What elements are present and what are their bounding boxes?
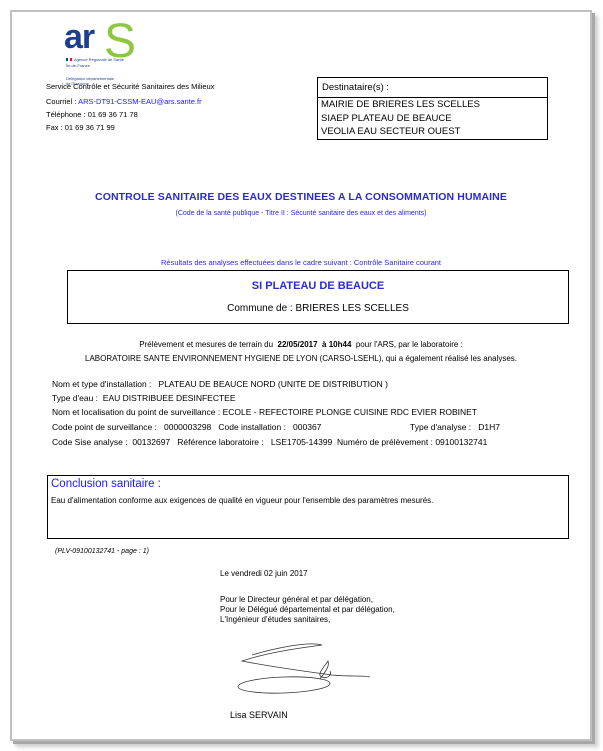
- service-name: Service Contrôle et Sécurité Sanitaires …: [46, 82, 214, 91]
- install-code-label: Code installation :: [218, 422, 286, 432]
- sampling-date: 22/05/2017: [278, 340, 318, 349]
- commune: Commune de : BRIERES LES SCELLES: [68, 303, 568, 314]
- installation-label: Nom et type d'installation :: [52, 379, 151, 389]
- surveillance-point-label: Nom et localisation du point de surveill…: [52, 407, 220, 417]
- sampling-outro: pour l'ARS, par le laboratoire :: [356, 340, 463, 349]
- lab-ref-label: Référence laboratoire :: [177, 437, 263, 447]
- install-code-value: 000367: [293, 422, 321, 432]
- phone: Téléphone : 01 69 36 71 78: [46, 110, 138, 119]
- water-type-label: Type d'eau :: [52, 393, 98, 403]
- handwritten-signature: [212, 637, 372, 697]
- email-label: Courriel :: [46, 97, 78, 106]
- sise-label: Code Sise analyse :: [52, 437, 128, 447]
- email-link[interactable]: ARS-DT91-CSSM-EAU@ars.sante.fr: [78, 97, 201, 106]
- signatory-name: Lisa SERVAIN: [230, 710, 288, 720]
- recipient-item: VEOLIA EAU SECTEUR OUEST: [318, 125, 547, 139]
- sampling-line: Prélèvement et mesures de terrain du 22/…: [12, 340, 590, 349]
- conclusion-title: Conclusion sanitaire :: [51, 478, 161, 490]
- fax: Fax : 01 69 36 71 99: [46, 123, 115, 132]
- logo-agency-line2: Île-de-France: [66, 63, 90, 68]
- installation-row: Nom et type d'installation : PLATEAU DE …: [52, 379, 388, 389]
- document-page: ar S Agence Régionale de Santé Île-de-Fr…: [10, 10, 592, 741]
- codes-row: Code point de surveillance : 0000003298 …: [52, 422, 321, 432]
- signatory-role: L'Ingénieur d'études sanitaires,: [220, 615, 330, 625]
- analysis-type-label: Type d'analyse :: [410, 422, 471, 432]
- laboratory-line: LABORATOIRE SANTE ENVIRONNEMENT HYGIENE …: [12, 354, 590, 363]
- document-title: CONTROLE SANITAIRE DES EAUX DESTINEES A …: [12, 191, 590, 203]
- entity-name: SI PLATEAU DE BEAUCE: [68, 280, 568, 292]
- water-type-row: Type d'eau : EAU DISTRIBUEE DESINFECTEE: [52, 393, 236, 403]
- references-row: Code Sise analyse : 00132697 Référence l…: [52, 437, 487, 447]
- analysis-type-row: Type d'analyse : D1H7: [410, 422, 500, 432]
- sample-number-value: 09100132741: [435, 437, 487, 447]
- analysis-context: Résultats des analyses effectuées dans l…: [12, 258, 590, 267]
- delegation-2: Pour le Délégué départemental et par dél…: [220, 605, 395, 615]
- recipients-box: Destinataire(s) : MAIRIE DE BRIERES LES …: [317, 77, 548, 140]
- recipient-item: SIAEP PLATEAU DE BEAUCE: [318, 112, 547, 126]
- recipient-item: MAIRIE DE BRIERES LES SCELLES: [318, 98, 547, 112]
- delegation-1: Pour le Directeur général et par délégat…: [220, 595, 373, 605]
- logo-brand-left: ar: [64, 18, 94, 57]
- entity-box: SI PLATEAU DE BEAUCE Commune de : BRIERE…: [67, 270, 569, 324]
- recipients-label: Destinataire(s) :: [318, 78, 547, 98]
- sampling-intro: Prélèvement et mesures de terrain du: [139, 340, 273, 349]
- analysis-type-value: D1H7: [478, 422, 500, 432]
- logo-agency-line1: Agence Régionale de Santé: [74, 57, 124, 62]
- document-subtitle: (Code de la santé publique - Titre II : …: [12, 210, 590, 217]
- page-reference: (PLV-09100132741 - page : 1): [55, 548, 149, 555]
- email-line: Courriel : ARS-DT91-CSSM-EAU@ars.sante.f…: [46, 97, 202, 106]
- installation-value: PLATEAU DE BEAUCE NORD (UNITE DE DISTRIB…: [159, 379, 388, 389]
- conclusion-text: Eau d'alimentation conforme aux exigence…: [51, 496, 433, 505]
- french-flag-icon: [66, 58, 72, 61]
- water-type-value: EAU DISTRIBUEE DESINFECTEE: [103, 393, 236, 403]
- sample-number-label: Numéro de prélèvement :: [337, 437, 433, 447]
- signature-date: Le vendredi 02 juin 2017: [220, 569, 308, 578]
- point-code-value: 0000003298: [164, 422, 211, 432]
- lab-ref-value: LSE1705-14399: [271, 437, 332, 447]
- sise-value: 00132697: [132, 437, 170, 447]
- conclusion-box: Conclusion sanitaire : Eau d'alimentatio…: [47, 475, 569, 539]
- sampling-time: à 10h44: [322, 340, 351, 349]
- surveillance-point-row: Nom et localisation du point de surveill…: [52, 407, 477, 417]
- point-code-label: Code point de surveillance :: [52, 422, 157, 432]
- surveillance-point-value: ECOLE - REFECTOIRE PLONGE CUISINE RDC EV…: [223, 407, 477, 417]
